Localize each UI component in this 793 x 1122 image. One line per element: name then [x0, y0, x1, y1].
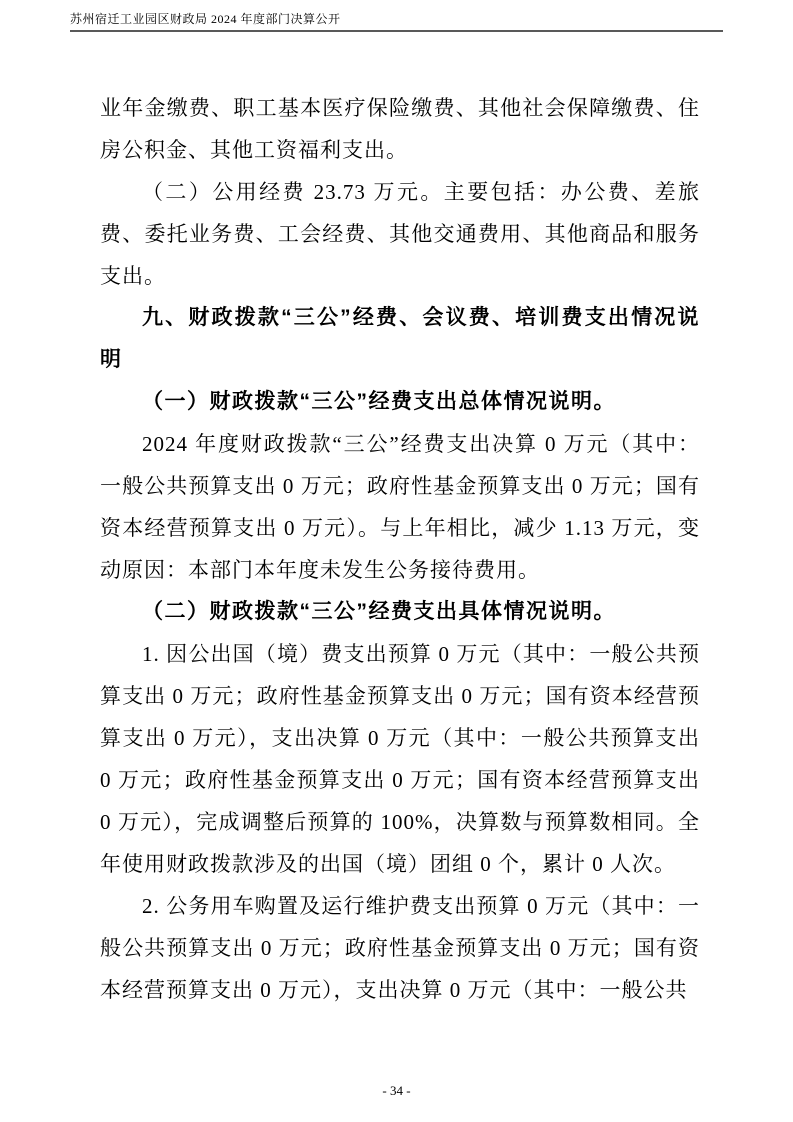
page-number: - 34 - — [382, 1083, 410, 1098]
paragraph-welfare-continuation: 业年金缴费、职工基本医疗保险缴费、其他社会保障缴费、住房公积金、其他工资福利支出… — [100, 87, 700, 171]
section-heading-overall: （一）财政拨款“三公”经费支出总体情况说明。 — [100, 381, 700, 423]
page-footer: - 34 - — [0, 1081, 793, 1101]
paragraph-official-vehicles: 2. 公务用车购置及运行维护费支出预算 0 万元（其中：一般公共预算支出 0 万… — [100, 885, 700, 1011]
document-body: 业年金缴费、职工基本医疗保险缴费、其他社会保障缴费、住房公积金、其他工资福利支出… — [100, 87, 700, 1011]
paragraph-public-funds: （二）公用经费 23.73 万元。主要包括：办公费、差旅费、委托业务费、工会经费… — [100, 171, 700, 297]
page-header: 苏州宿迁工业园区财政局 2024 年度部门决算公开 — [70, 11, 723, 32]
header-title: 苏州宿迁工业园区财政局 2024 年度部门决算公开 — [70, 12, 341, 26]
paragraph-overseas-travel: 1. 因公出国（境）费支出预算 0 万元（其中：一般公共预算支出 0 万元；政府… — [100, 633, 700, 885]
section-heading-specific: （二）财政拨款“三公”经费支出具体情况说明。 — [100, 591, 700, 633]
paragraph-overall-explanation: 2024 年度财政拨款“三公”经费支出决算 0 万元（其中：一般公共预算支出 0… — [100, 423, 700, 591]
document-page: 苏州宿迁工业园区财政局 2024 年度部门决算公开 业年金缴费、职工基本医疗保险… — [0, 0, 793, 1122]
section-heading-nine: 九、财政拨款“三公”经费、会议费、培训费支出情况说明 — [100, 297, 700, 381]
